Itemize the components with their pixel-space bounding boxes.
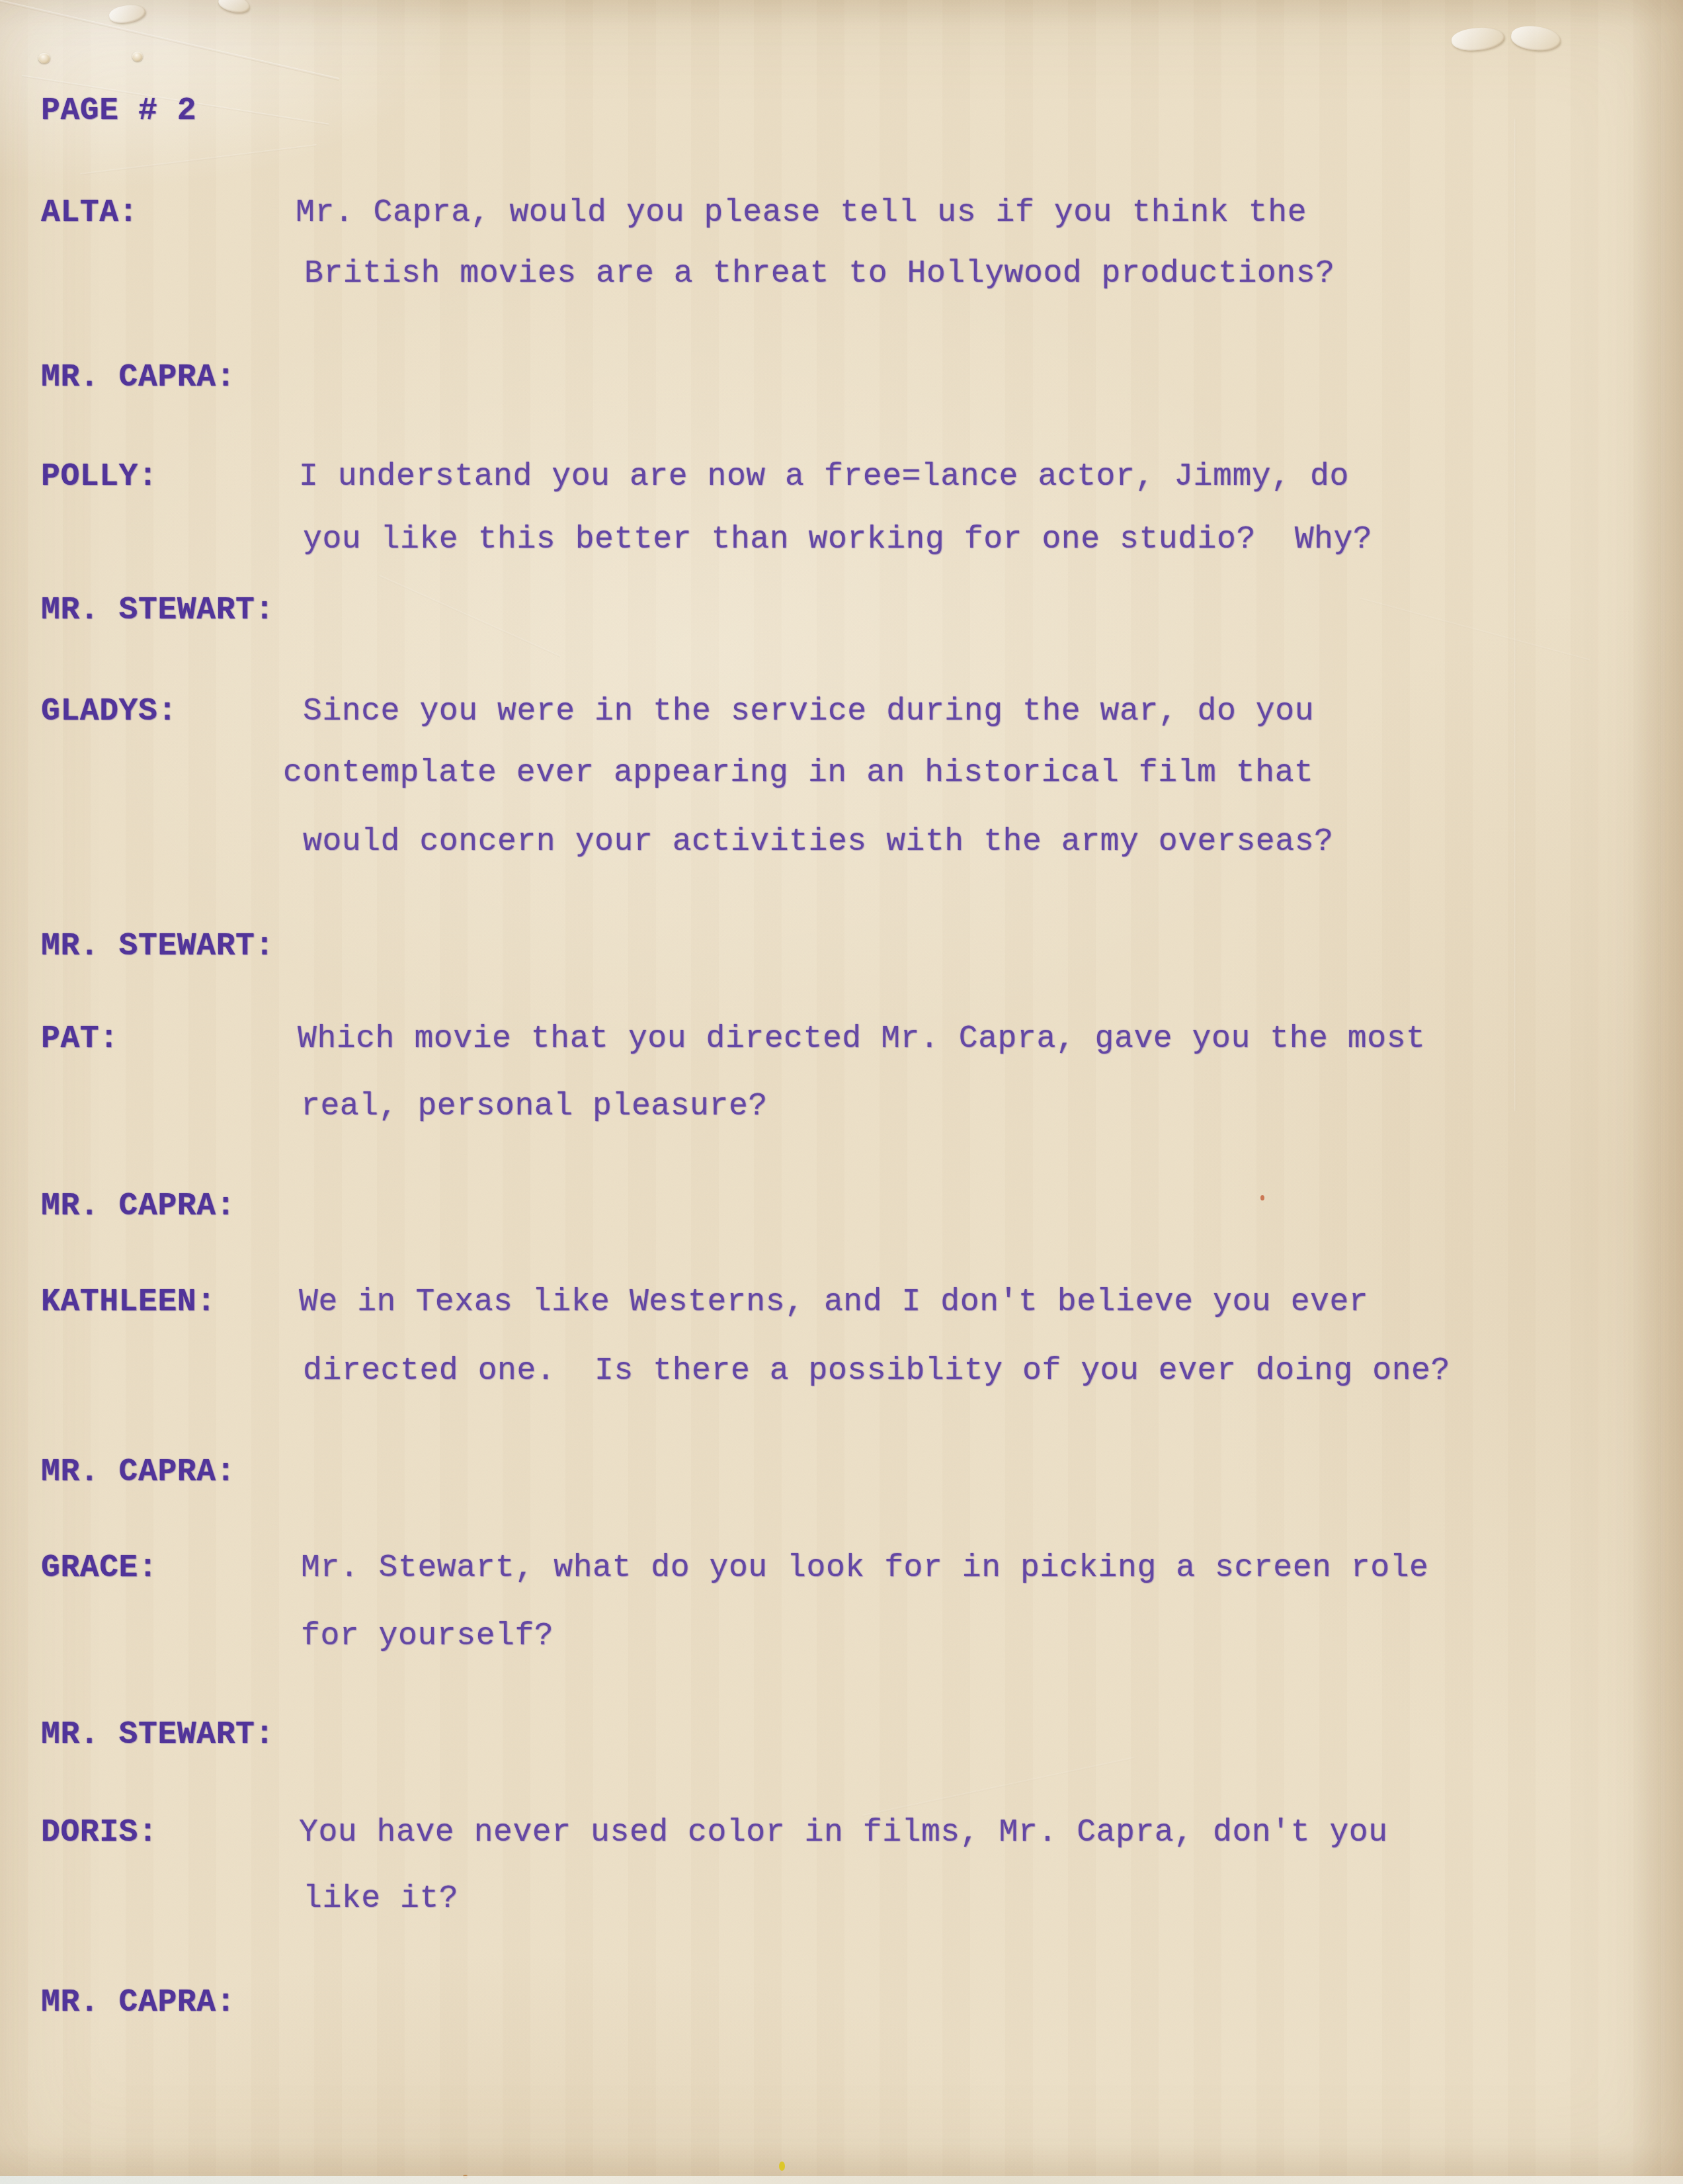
wrinkle — [378, 575, 560, 657]
scanner-edge-strip — [0, 2176, 1683, 2184]
paper-crimp — [108, 2, 147, 25]
dialogue-line: Which movie that you directed Mr. Capra,… — [298, 1023, 1425, 1056]
paper-crimp — [1450, 25, 1505, 53]
dialogue-line: directed one. Is there a possiblity of y… — [303, 1355, 1450, 1388]
page-number: PAGE # 2 — [41, 95, 196, 128]
dialogue-line: Mr. Capra, would you please tell us if y… — [296, 196, 1307, 230]
dialogue-line: British movies are a threat to Hollywood… — [304, 257, 1334, 290]
speaker-label-polly: POLLY: — [41, 460, 157, 493]
speaker-label-gladys: GLADYS: — [41, 695, 177, 728]
paper-grain-texture — [0, 0, 1683, 2184]
speaker-label-mr-stewart: MR. STEWART: — [41, 930, 274, 963]
dialogue-line: Since you were in the service during the… — [303, 695, 1314, 728]
wrinkle — [1360, 597, 1590, 661]
dialogue-line: would concern your activities with the a… — [303, 825, 1333, 859]
dialogue-line: contemplate ever appearing in an histori… — [283, 757, 1313, 790]
dialogue-line: Mr. Stewart, what do you look for in pic… — [301, 1552, 1428, 1585]
dialogue-line: for yourself? — [301, 1620, 554, 1653]
typewritten-page: PAGE # 2 ALTA: Mr. Capra, would you plea… — [0, 0, 1683, 2184]
dialogue-line: I understand you are now a free=lance ac… — [299, 460, 1349, 493]
speaker-label-grace: GRACE: — [41, 1552, 157, 1585]
dialogue-line: you like this better than working for on… — [303, 523, 1372, 556]
fold-crease — [0, 0, 339, 81]
fold-crease — [80, 144, 317, 175]
dialogue-line: like it? — [303, 1882, 458, 1915]
dialogue-line: We in Texas like Westerns, and I don't b… — [299, 1286, 1368, 1319]
speaker-label-mr-stewart: MR. STEWART: — [41, 1718, 274, 1751]
speaker-label-mr-stewart: MR. STEWART: — [41, 594, 274, 627]
paper-crimp — [217, 0, 251, 15]
speaker-label-doris: DORIS: — [41, 1816, 157, 1849]
staple-hole — [38, 53, 50, 63]
vertical-crease — [1514, 119, 1516, 1111]
speaker-label-mr-capra: MR. CAPRA: — [41, 1986, 235, 2019]
paper-crimp — [1510, 24, 1562, 52]
dialogue-line: You have never used color in films, Mr. … — [299, 1816, 1388, 1849]
speaker-label-mr-capra: MR. CAPRA: — [41, 1456, 235, 1489]
wrinkle — [862, 1757, 1134, 1816]
paper-speck — [1260, 1195, 1264, 1200]
staple-hole — [132, 52, 143, 62]
paper-speck — [779, 2162, 785, 2171]
speaker-label-kathleen: KATHLEEN: — [41, 1286, 216, 1319]
dialogue-line: real, personal pleasure? — [301, 1090, 768, 1123]
speaker-label-pat: PAT: — [41, 1023, 119, 1056]
speaker-label-mr-capra: MR. CAPRA: — [41, 1190, 235, 1223]
speaker-label-alta: ALTA: — [41, 196, 138, 230]
speaker-label-mr-capra: MR. CAPRA: — [41, 361, 235, 394]
